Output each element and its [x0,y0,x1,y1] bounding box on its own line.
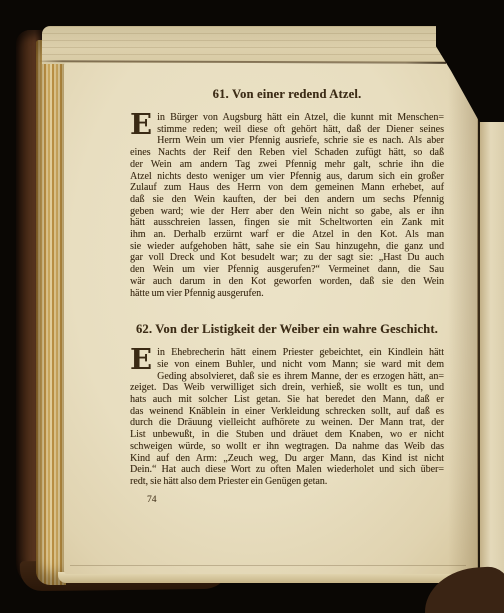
facing-page-sliver [480,92,504,578]
text-line: Zulauf zum Haus des Herrn von dem gemein… [130,182,444,194]
text-line: Dein.“ Hat auch diese Wort zu often Male… [130,464,444,476]
text-line: eines Nachts der Reif den Reben viel Sch… [130,147,444,159]
text-line: in Bürger von Augsburg hätt ein Atzel, d… [130,112,444,124]
text-line: stimme reden; weil diese oft gehört hätt… [130,124,444,136]
paragraph-62: Ein Ehebrecherin hätt einem Priester geb… [130,347,444,487]
drop-cap-initial: E [130,347,157,371]
section-heading-62: 62. Von der Listigkeit der Weiber ein wa… [130,322,444,336]
text-column: 61. Von einer redend Atzel. Ein Bürger v… [130,87,444,505]
text-line: List unbewußt, in die Stuben und dräuet … [130,429,444,441]
text-line: der Wein am andern Tag zwei Pfennig mehr… [130,159,444,171]
drop-cap-initial: E [130,112,157,136]
book-page: 61. Von einer redend Atzel. Ein Bürger v… [64,63,478,574]
text-line: Geding absolvieret, daß sie es ihrem Man… [130,371,444,383]
book-photograph: 61. Von einer redend Atzel. Ein Bürger v… [0,0,504,613]
text-line: geben ward; wie der Herr aber den Wein n… [130,206,444,218]
text-line: ihm an. Derhalb erzürnt warf er die Atze… [130,229,444,241]
page-stack-fore-edge [36,40,66,585]
page-stack-top-edge [42,26,460,64]
text-line: sie wieder aufgehoben hätt, sahe sie ein… [130,241,444,253]
text-line: sie von einem Buhler, und nicht vom Mann… [130,359,444,371]
gutter-crease [477,92,480,576]
section-heading-61: 61. Von einer redend Atzel. [130,87,444,101]
text-line: Kind auf den Arm: „Zeuch weg, Du arger M… [130,453,444,465]
text-line: redt, sie hätt also dem Priester ein Gen… [130,476,444,488]
text-line: gar voll Dreck und Kot besudelt war; zu … [130,252,444,264]
text-line: hätte um vier Pfennig ausgerufen. [130,288,444,300]
text-line: hätt ausschreien lassen, fingen sie mit … [130,217,444,229]
text-line: hats auch mit solcher List getan. Sie ha… [130,394,444,406]
paragraph-61: Ein Bürger von Augsburg hätt ein Atzel, … [130,112,444,299]
text-line: durch die Dräuung vielleicht aufhörete z… [130,417,444,429]
text-line: schweigen würde, so wollt er ihn wegtrag… [130,441,444,453]
text-line: das weinend Knäblein in einer Verkleidun… [130,406,444,418]
text-line: daß sie den Wein kauften, der bei den an… [130,194,444,206]
text-line: in Ehebrecherin hätt einem Priester gebe… [130,347,444,359]
text-line: Atzel nichts desto weniger um vier Pfenn… [130,171,444,183]
text-line: zeiget. Das Weib verwilliget sich drein,… [130,382,444,394]
text-line: den Wein um vier Pfennig ausgerufen?“ Ve… [130,264,444,276]
page-number: 74 [147,495,444,505]
text-line: wär auch darum in den Kot geworfen worde… [130,276,444,288]
text-line: Herrn Wein um vier Pfennig ausriefe, sch… [130,135,444,147]
